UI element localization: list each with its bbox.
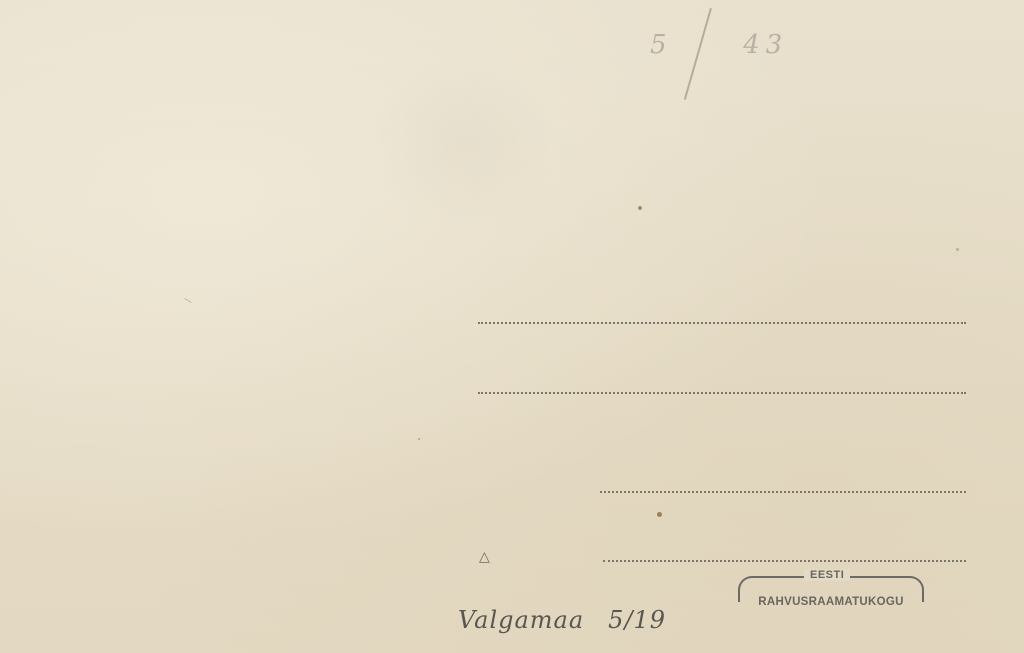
pencil-note-top: 5 43 bbox=[650, 30, 788, 60]
handwritten-number: 5/19 bbox=[608, 606, 666, 634]
library-stamp: EESTI RAHVUSRAAMATUKOGU bbox=[738, 574, 922, 614]
postcard-back: 5 43 △ Valgamaa5/19 EESTI RAHVUSRAAMATUK… bbox=[0, 0, 1024, 653]
triangle-mark-icon: △ bbox=[479, 549, 490, 563]
stain-speck bbox=[418, 438, 420, 440]
stain-speck bbox=[638, 206, 642, 210]
handwritten-label: Valgamaa5/19 bbox=[458, 606, 666, 634]
pencil-note-left: 5 bbox=[650, 30, 673, 60]
address-line-2 bbox=[478, 392, 966, 394]
stain-speck bbox=[184, 298, 191, 303]
address-line-3 bbox=[600, 491, 966, 493]
address-line-1 bbox=[478, 322, 966, 324]
stain-speck bbox=[657, 512, 662, 517]
pencil-note-right: 43 bbox=[743, 30, 788, 60]
stain-speck bbox=[956, 248, 959, 251]
stamp-main-label: RAHVUSRAAMATUKOGU bbox=[738, 596, 924, 608]
handwritten-place: Valgamaa bbox=[458, 606, 584, 634]
address-line-4 bbox=[603, 560, 966, 562]
stamp-top-label: EESTI bbox=[804, 569, 850, 581]
